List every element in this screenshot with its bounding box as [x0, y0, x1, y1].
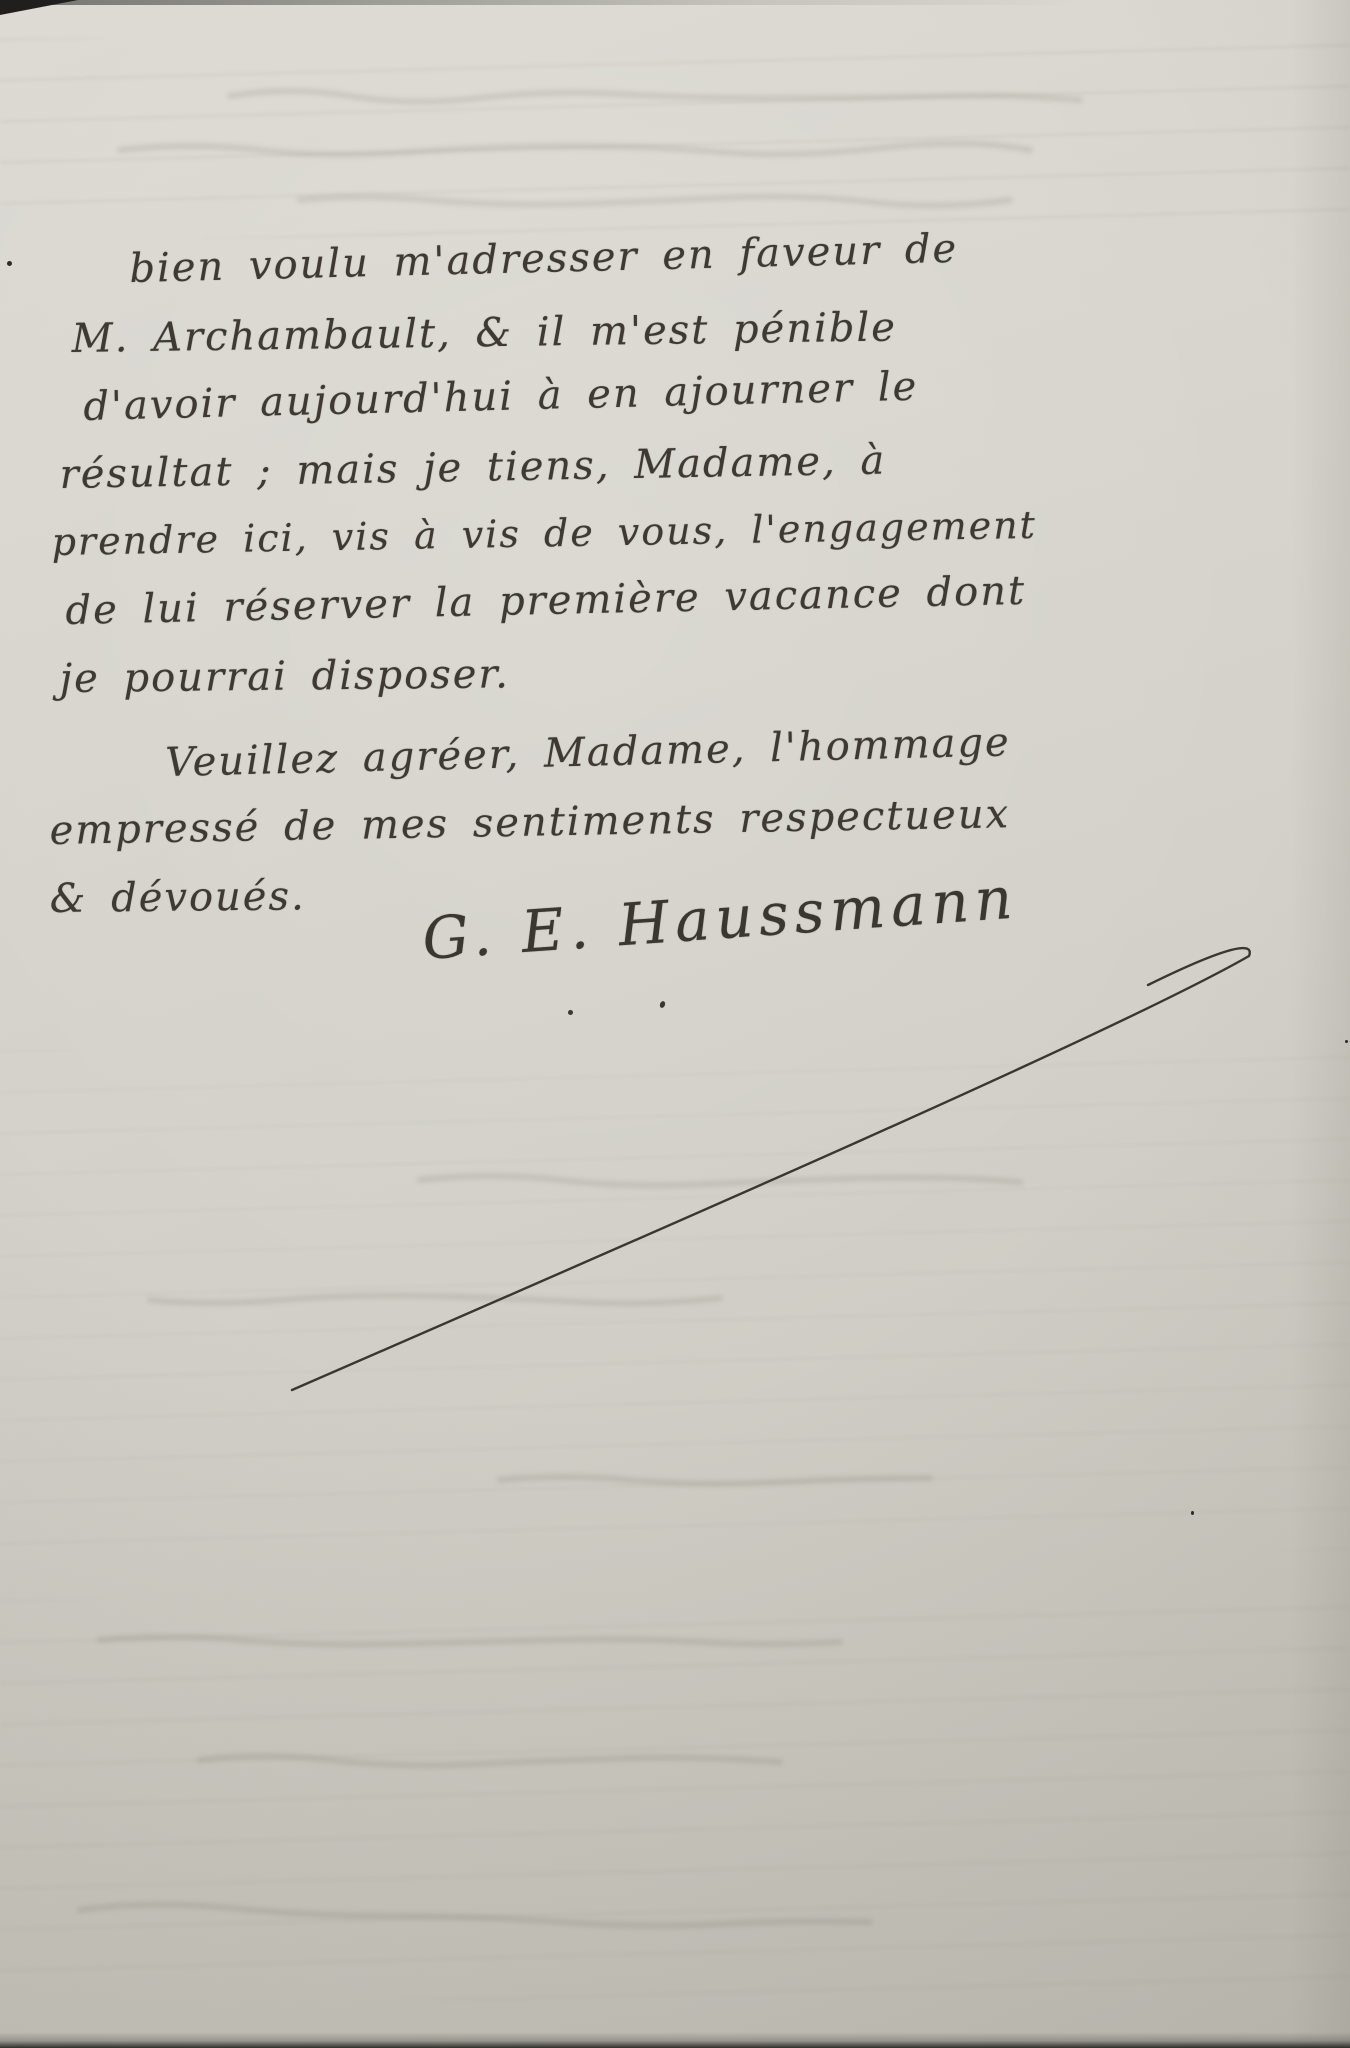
photo-edge-shadow	[0, 0, 1350, 5]
handwriting-line: & dévoués.	[50, 873, 306, 922]
signature-ink-dot	[568, 1010, 573, 1015]
handwriting-line: je pourrai disposer.	[60, 651, 511, 702]
ink-speck	[7, 261, 12, 266]
ink-speck	[1345, 1040, 1348, 1043]
letter-photograph: bien voulu m'adresser en faveur de M. Ar…	[0, 0, 1350, 2048]
photo-edge-shadow	[0, 2032, 1350, 2048]
ink-speck	[1191, 1511, 1194, 1515]
